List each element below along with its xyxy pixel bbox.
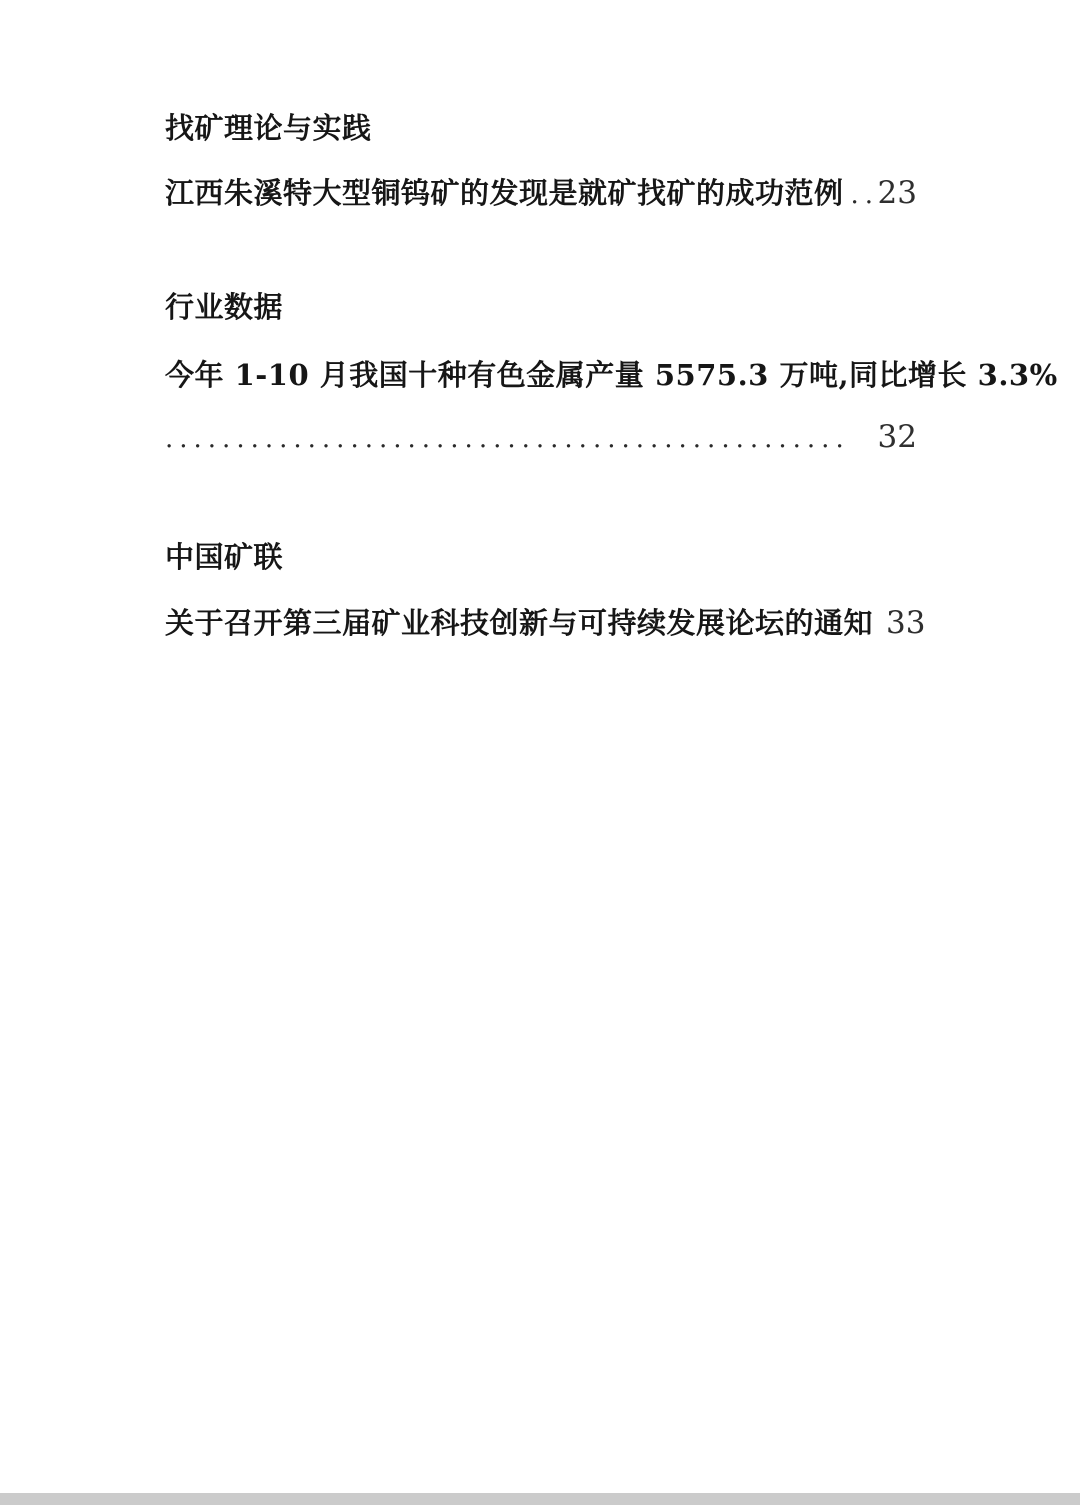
- dot-leader: ....: [873, 611, 880, 641]
- page-number: 23: [878, 176, 917, 212]
- toc-entry: 关于召开第三届矿业科技创新与可持续发展论坛的通知 .... 33: [165, 606, 917, 642]
- toc-entry-title: 今年 1-10 月我国十种有色金属产量 5575.3 万吨,同比增长 3.3%: [165, 359, 1058, 392]
- page-number: 33: [886, 606, 925, 642]
- toc-entry-title: 关于召开第三届矿业科技创新与可持续发展论坛的通知: [165, 607, 873, 640]
- toc-entry-continuation: ........................................…: [165, 420, 917, 456]
- section-header-china-mining-association: 中国矿联: [165, 541, 917, 574]
- toc-entry: 今年 1-10 月我国十种有色金属产量 5575.3 万吨,同比增长 3.3%: [165, 359, 917, 392]
- dot-leader: ........................................…: [165, 425, 872, 455]
- page-edge-bar: [0, 1493, 1080, 1505]
- dot-leader: ......: [844, 181, 872, 211]
- page-number: 32: [878, 420, 917, 456]
- section-header-prospecting-theory: 找矿理论与实践: [165, 112, 917, 145]
- toc-entry: 江西朱溪特大型铜钨矿的发现是就矿找矿的成功范例 ...... 23: [165, 176, 917, 212]
- toc-entry-title: 江西朱溪特大型铜钨矿的发现是就矿找矿的成功范例: [165, 177, 844, 210]
- document-page: 找矿理论与实践 江西朱溪特大型铜钨矿的发现是就矿找矿的成功范例 ...... 2…: [0, 0, 1080, 1505]
- section-header-industry-data: 行业数据: [165, 291, 917, 324]
